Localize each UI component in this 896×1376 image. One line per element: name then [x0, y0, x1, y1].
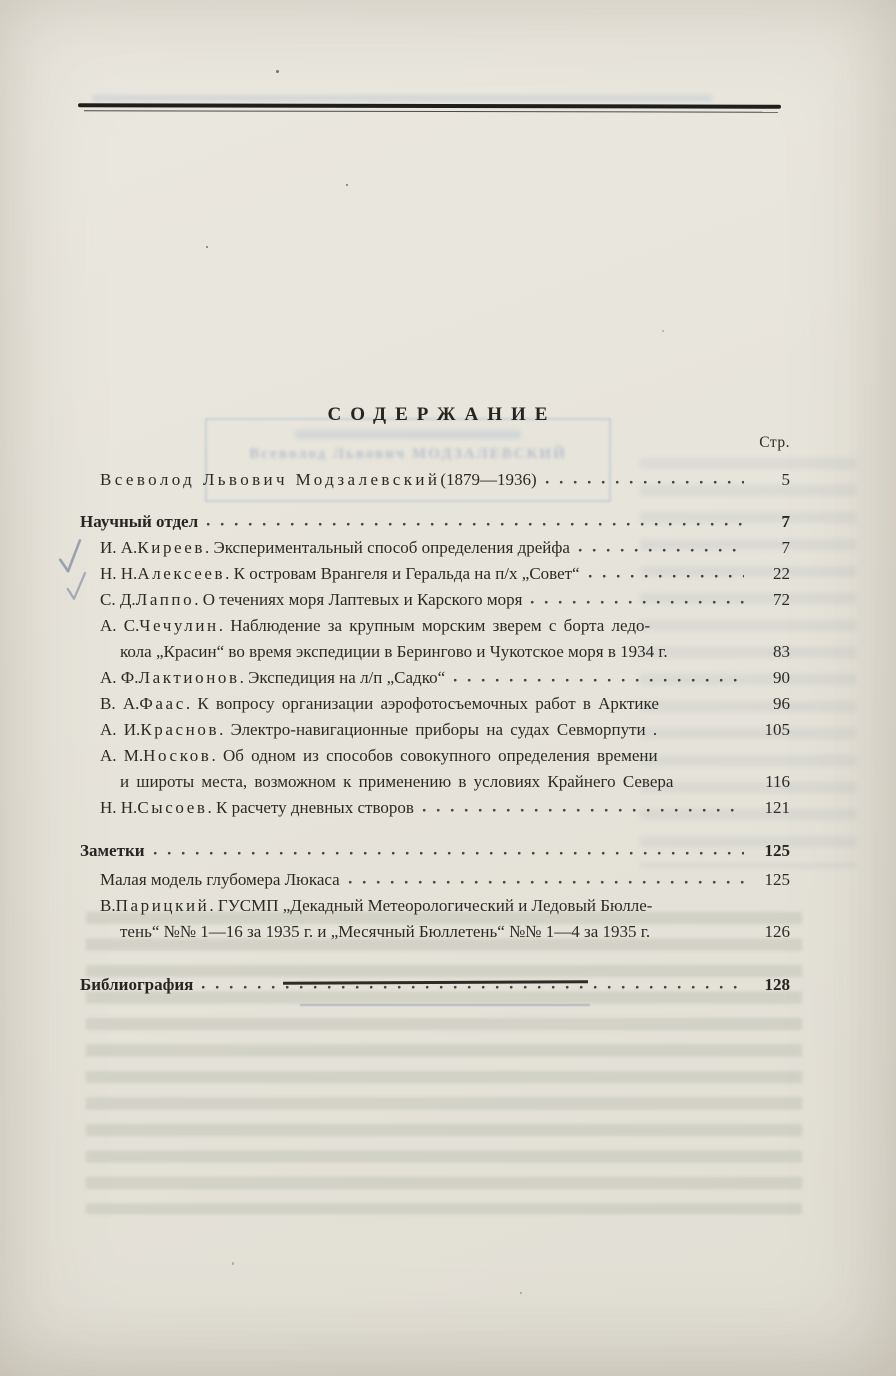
page-column-header: Стр.: [80, 434, 790, 452]
dot-leader: [528, 592, 744, 609]
page-root: { "page": { "title": "СОДЕРЖАНИЕ", "page…: [0, 0, 896, 1376]
dot-leader: [576, 540, 744, 557]
page-number: 22: [752, 561, 790, 587]
toc-entry-sysoev: Н. Н. Сысоев. К расчету дневных створов …: [80, 795, 790, 821]
toc-section-science: Научный отдел 7: [80, 509, 790, 535]
dot-leader: [346, 872, 744, 889]
toc-entry-faas: В. А. Фаас. К вопросу организации аэрофо…: [80, 691, 790, 717]
dot-leader: [204, 514, 744, 531]
page-number: 126: [752, 919, 790, 945]
rule-bleedthrough-band: [92, 95, 712, 101]
dot-leader: [151, 843, 744, 860]
toc-entry-paritsky-line2: тень“ №№ 1—16 за 1935 г. и „Месячный Бюл…: [80, 919, 790, 945]
page-number: 121: [752, 795, 790, 821]
page-number: 90: [752, 665, 790, 691]
toc-entry-paritsky-line1: В. Парицкий. ГУСМП „Декадный Метеорологи…: [80, 893, 790, 919]
table-of-contents: СОДЕРЖАНИЕ Стр. Всеволод Львович Модзале…: [80, 404, 790, 998]
page-number: 128: [752, 972, 790, 998]
dot-leader: [586, 566, 744, 583]
page-number: 83: [752, 639, 790, 665]
toc-entry-lappo: С. Д. Лаппо. О течениях моря Лаптевых и …: [80, 587, 790, 613]
dot-leader: [543, 472, 744, 489]
page-number: 125: [752, 838, 790, 864]
toc-entry-lucas-model: Малая модель глубомера Люкаса 125: [80, 867, 790, 893]
toc-entry-laktionov: А. Ф. Лактионов. Экспедиция на л/п „Садк…: [80, 665, 790, 691]
dot-leader: [451, 670, 744, 687]
toc-entry-alekseev: Н. Н. Алексеев. К островам Врангеля и Ге…: [80, 561, 790, 587]
toc-section-notes: Заметки 125: [80, 838, 790, 864]
page-number: 5: [752, 467, 790, 493]
page-title: СОДЕРЖАНИЕ: [94, 404, 790, 426]
page-number: 7: [752, 509, 790, 535]
toc-entry-krasnov: А. И. Краснов. Электро-навигационные при…: [80, 717, 790, 743]
dot-leader: [420, 800, 744, 817]
toc-entry-chechulin-line2: кола „Красин“ во время экспедиции в Бери…: [80, 639, 790, 665]
mid-page-short-rule-ghost: [300, 1004, 590, 1006]
toc-section-bibliography: Библиография 128: [80, 972, 790, 998]
toc-entry-noskov-line1: А. М. Носков. Об одном из способов совок…: [80, 743, 790, 769]
page-number: 116: [752, 769, 790, 795]
page-number: 96: [752, 691, 790, 717]
page-number: 72: [752, 587, 790, 613]
page-number: 125: [752, 867, 790, 893]
toc-entry-memorial: Всеволод Львович Модзалевский (1879—1936…: [80, 467, 790, 493]
toc-entry-chechulin-line1: А. С. Чечулин. Наблюдение за крупным мор…: [80, 613, 790, 639]
dot-leader: [199, 977, 744, 994]
page-number: 7: [752, 535, 790, 561]
toc-entry-noskov-line2: и широты места, возможном к применению в…: [80, 769, 790, 795]
toc-entry-kireev: И. А. Киреев. Экспериментальный способ о…: [80, 535, 790, 561]
page-number: 105: [752, 717, 790, 743]
